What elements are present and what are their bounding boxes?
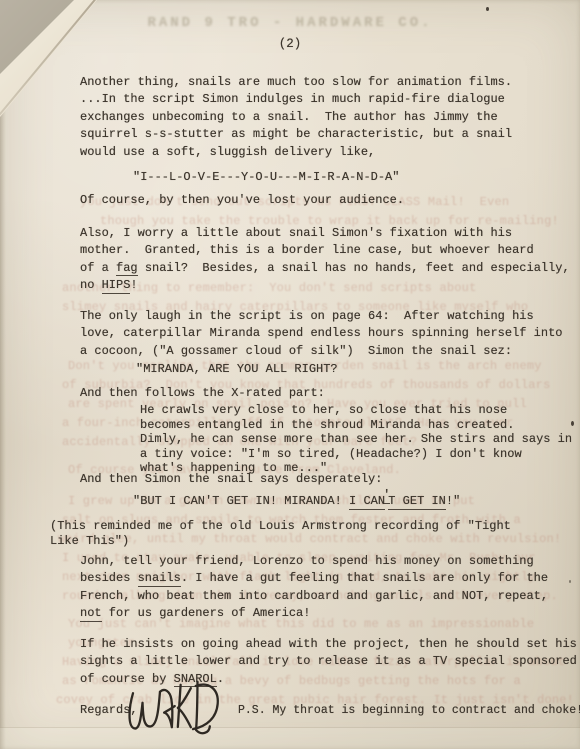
text-line: of a fag snail? Besides, a snail has no … xyxy=(80,260,570,277)
text-line: mother. Granted, this is a border line c… xyxy=(80,242,570,259)
quote-love-you: "I---L-O-V-E---Y-O-U---M-I-R-A-N-D-A" xyxy=(133,169,399,186)
text-segment: Also, I worry a little about snail Simon… xyxy=(80,226,512,240)
ink-speck xyxy=(571,421,574,426)
text-line: Also, I worry a little about snail Simon… xyxy=(80,225,570,242)
document-layer: Another thing, snails are much too slow … xyxy=(0,0,580,749)
text-segment: of a xyxy=(80,261,116,275)
text-line: ...In the script Simon indulges in much … xyxy=(80,91,512,108)
para-audience: Of course, by then you've lost your audi… xyxy=(80,192,404,209)
ink-speck xyxy=(486,7,489,11)
text-segment: for us gardeners of America! xyxy=(102,606,311,620)
postscript: P.S. My throat is beginning to contract … xyxy=(238,704,580,717)
text-line: a cocoon, ("A gossamer cloud of silk") S… xyxy=(80,343,562,360)
text-segment: He crawls very close to her, so close th… xyxy=(140,403,507,417)
text-line: sights a little lower and try to release… xyxy=(80,653,577,670)
text-line: And then follows the X-rated part: xyxy=(80,385,325,402)
text-segment: ...In the script Simon indulges in much … xyxy=(80,92,505,106)
text-line: John, tell your friend, Lorenzo to spend… xyxy=(80,553,548,570)
aside-louis-armstrong: (This reminded me of the old Louis Armst… xyxy=(50,519,511,548)
underlined-text: not xyxy=(80,606,102,622)
text-segment: sights a little lower and try to release… xyxy=(80,654,577,668)
text-line: And then Simon the snail says desperatel… xyxy=(80,471,382,488)
text-segment: a tiny voice: "I'm so tired, (Headache?)… xyxy=(140,447,522,461)
text-line: If he insists on going ahead with the pr… xyxy=(80,636,577,653)
text-segment: Dimly, he can sense more than see her. S… xyxy=(140,432,572,446)
text-line: no HIPS! xyxy=(80,277,570,294)
text-segment: snail? Besides, a snail has no hands, fe… xyxy=(138,261,570,275)
text-segment: . I have a gut feeling that snails are o… xyxy=(181,571,548,585)
text-segment: "MIRANDA, ARE YOU ALL RIGHT? xyxy=(136,362,338,376)
text-segment: ! xyxy=(130,278,137,292)
text-segment: French, who beat them into cardboard and… xyxy=(80,589,548,603)
text-line: squirrel s-s-stutter as might be charact… xyxy=(80,126,512,143)
text-segment: Another thing, snails are much too slow … xyxy=(80,75,512,89)
text-segment: The only laugh in the script is on page … xyxy=(80,309,534,323)
underlined-text: T GET IN xyxy=(388,494,446,510)
text-line: He crawls very close to her, so close th… xyxy=(140,403,572,418)
text-line: (This reminded me of the old Louis Armst… xyxy=(50,519,511,534)
text-segment: a cocoon, ("A gossamer cloud of silk") S… xyxy=(80,344,512,358)
text-segment: would use a soft, sluggish delivery like… xyxy=(80,145,375,159)
text-segment: (This reminded me of the old Louis Armst… xyxy=(50,519,511,533)
ward-signature xyxy=(122,676,229,745)
underlined-text: HIPS xyxy=(102,278,131,294)
text-line: "BUT I CAN'T GET IN! MIRANDA! I CAN'T GE… xyxy=(133,493,460,510)
text-line: Another thing, snails are much too slow … xyxy=(80,74,512,91)
text-line: love, caterpillar Miranda spend endless … xyxy=(80,325,562,342)
text-line: Of course, by then you've lost your audi… xyxy=(80,192,404,209)
para-x-rated: And then follows the X-rated part: xyxy=(80,385,325,402)
text-segment: And then follows the X-rated part: xyxy=(80,386,325,400)
text-line: Like This") xyxy=(50,534,511,549)
text-line: besides snails. I have a gut feeling tha… xyxy=(80,570,548,587)
text-line: "MIRANDA, ARE YOU ALL RIGHT? xyxy=(136,361,338,378)
text-segment: !" xyxy=(446,494,460,508)
text-line: becomes entangled in the shroud Miranda … xyxy=(140,418,572,433)
underlined-text: I CAN xyxy=(349,494,385,510)
text-line: exchanges unbecoming to a snail. The aut… xyxy=(80,109,512,126)
text-segment: mother. Granted, this is a border line c… xyxy=(80,243,534,257)
text-segment: Like This") xyxy=(50,534,129,548)
text-segment: If he insists on going ahead with the pr… xyxy=(80,637,577,651)
para-desperately: And then Simon the snail says desperatel… xyxy=(80,471,382,488)
text-segment: "I---L-O-V-E---Y-O-U---M-I-R-A-N-D-A" xyxy=(133,170,399,184)
text-line: would use a soft, sluggish delivery like… xyxy=(80,144,512,161)
text-segment: love, caterpillar Miranda spend endless … xyxy=(80,326,562,340)
letter-page: RAND 9 TRO - HARDWARE CO. you just don't… xyxy=(0,0,580,749)
para-fixation: Also, I worry a little about snail Simon… xyxy=(80,225,570,295)
text-line: The only laugh in the script is on page … xyxy=(80,308,562,325)
para-only-laugh: The only laugh in the script is on page … xyxy=(80,308,562,360)
text-segment: John, tell your friend, Lorenzo to spend… xyxy=(80,554,534,568)
underlined-text: fag xyxy=(116,261,138,277)
text-segment: squirrel s-s-stutter as might be charact… xyxy=(80,127,512,141)
text-segment: no xyxy=(80,278,102,292)
text-line: "I---L-O-V-E---Y-O-U---M-I-R-A-N-D-A" xyxy=(133,169,399,186)
para-opening: Another thing, snails are much too slow … xyxy=(80,74,512,161)
quote-cant-get-in: "BUT I CAN'T GET IN! MIRANDA! I CAN'T GE… xyxy=(133,493,460,510)
ink-speck xyxy=(569,580,571,583)
text-segment: And then Simon the snail says desperatel… xyxy=(80,472,382,486)
text-segment: Of course, by then you've lost your audi… xyxy=(80,193,404,207)
para-john: John, tell your friend, Lorenzo to spend… xyxy=(80,553,548,623)
text-segment: becomes entangled in the shroud Miranda … xyxy=(140,418,514,432)
text-line: Dimly, he can sense more than see her. S… xyxy=(140,432,572,447)
text-line: not for us gardeners of America! xyxy=(80,605,548,622)
quote-miranda: "MIRANDA, ARE YOU ALL RIGHT? xyxy=(136,361,338,378)
text-line: a tiny voice: "I'm so tired, (Headache?)… xyxy=(140,447,572,462)
text-line: French, who beat them into cardboard and… xyxy=(80,588,548,605)
underlined-text: snails xyxy=(138,571,181,587)
blockquote-crawl: He crawls very close to her, so close th… xyxy=(140,403,572,476)
text-segment: exchanges unbecoming to a snail. The aut… xyxy=(80,110,498,124)
underlined-text: ' xyxy=(383,488,390,504)
text-segment: besides xyxy=(80,571,138,585)
text-segment: "BUT I CAN'T GET IN! MIRANDA! xyxy=(133,494,349,508)
